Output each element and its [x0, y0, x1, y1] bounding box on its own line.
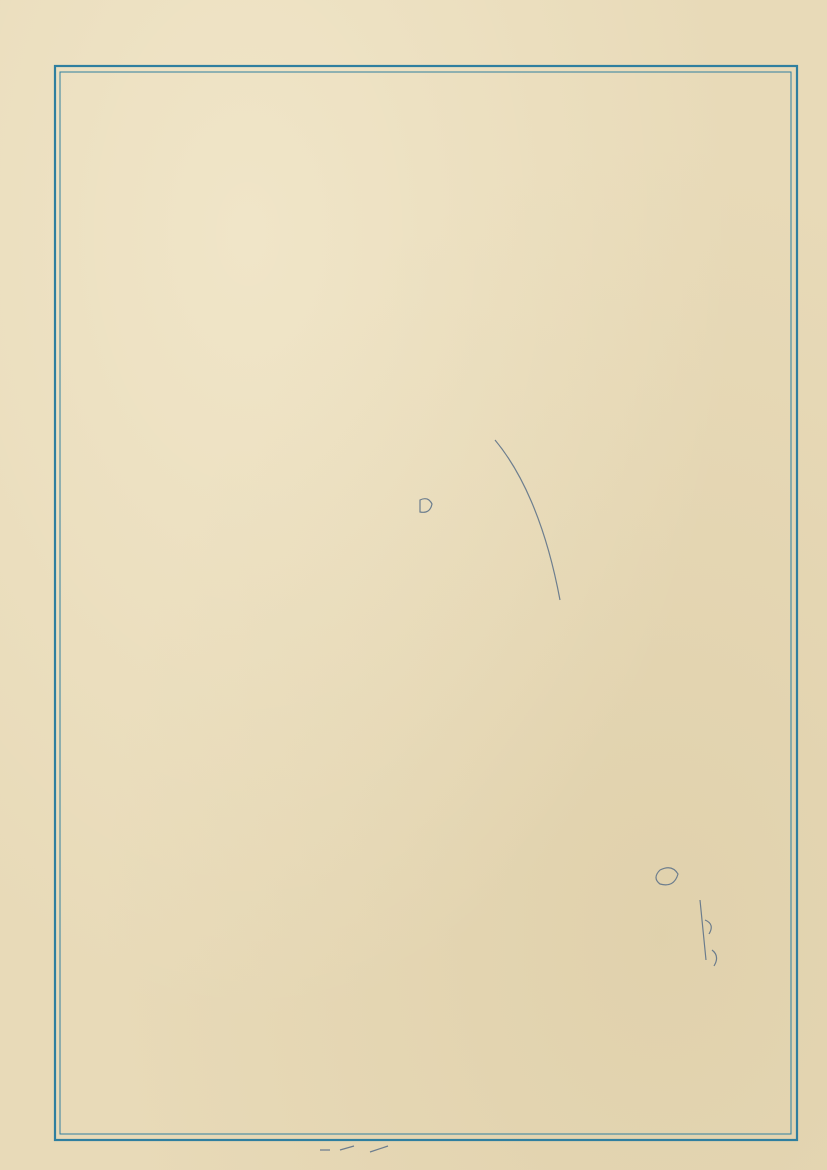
- pencil-annotations: [320, 440, 717, 1152]
- page-border: [55, 66, 797, 1140]
- manuscript-sheet: [0, 0, 827, 1170]
